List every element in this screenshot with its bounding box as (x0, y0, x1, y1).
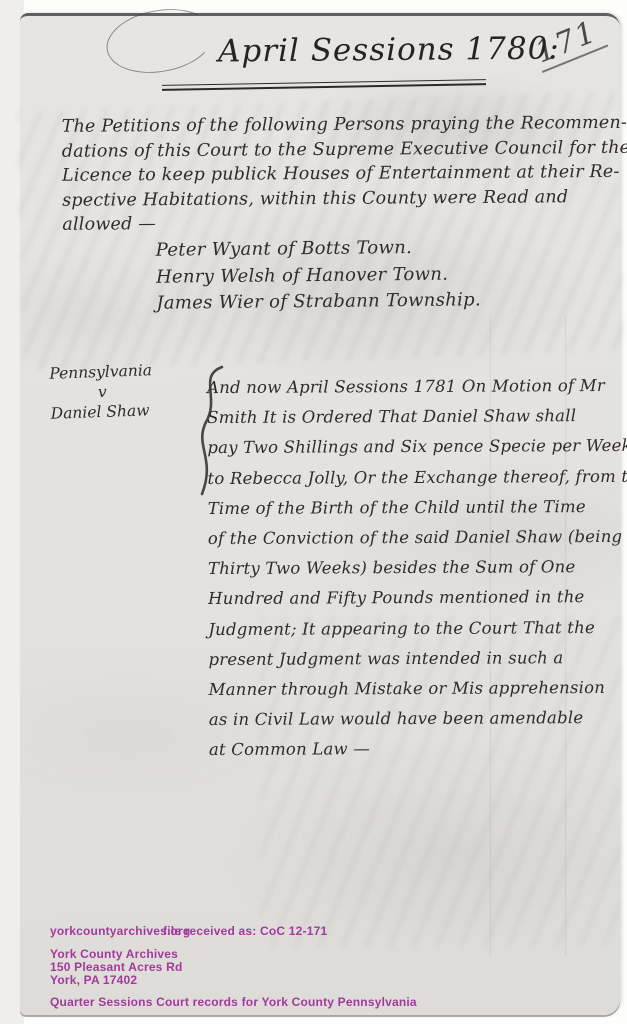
order-line: Time of the Birth of the Child until the… (208, 492, 613, 524)
licensee-name: Peter Wyant of Botts Town. (156, 234, 481, 264)
licensee-name: James Wier of Strabann Township. (156, 287, 481, 317)
petition-line: The Petitions of the following Persons p… (62, 111, 577, 139)
licensee-names-list: Peter Wyant of Botts Town. Henry Welsh o… (156, 234, 482, 317)
petition-line: Licence to keep publick Houses of Entert… (62, 160, 577, 188)
archive-footer-stamp: Quarter Sessions Court records for York … (50, 995, 417, 1009)
order-line: Thirty Two Weeks) besides the Sum of One (208, 552, 613, 584)
petition-line: dations of this Court to the Supreme Exe… (62, 136, 577, 164)
order-line: of the Conviction of the said Daniel Sha… (208, 522, 613, 554)
document-page: 171 April Sessions 1780: The Petitions o… (20, 13, 620, 1015)
case-plaintiff: Pennsylvania (49, 360, 152, 384)
archive-file-id-stamp: file received as: CoC 12-171 (163, 924, 327, 938)
order-line: as in Civil Law would have been amendabl… (209, 703, 614, 735)
petition-paragraph: The Petitions of the following Persons p… (62, 111, 578, 237)
title-flourish-loop (101, 1, 218, 81)
archive-address-line: York, PA 17402 (50, 974, 183, 987)
order-line: And now April Sessions 1781 On Motion of… (207, 371, 612, 403)
order-line: at Common Law — (209, 733, 614, 765)
order-line: Manner through Mistake or Mis apprehensi… (209, 673, 614, 705)
order-line: to Rebecca Jolly, Or the Exchange thereo… (207, 462, 612, 494)
case-caption: Pennsylvania v Daniel Shaw (49, 360, 154, 424)
case-defendant: Daniel Shaw (50, 400, 153, 424)
petition-line: spective Habitations, within this County… (62, 185, 577, 213)
archive-address-stamp: York County Archives 150 Pleasant Acres … (50, 948, 183, 988)
title-double-underline (162, 79, 486, 91)
court-order-paragraph: And now April Sessions 1781 On Motion of… (207, 371, 614, 766)
order-line: pay Two Shillings and Six pence Specie p… (207, 431, 612, 463)
order-line: Smith It is Ordered That Daniel Shaw sha… (207, 401, 612, 433)
licensee-name: Henry Welsh of Hanover Town. (156, 261, 481, 291)
petition-line: allowed — (62, 209, 577, 237)
order-line: Hundred and Fifty Pounds mentioned in th… (208, 582, 613, 614)
order-line: Judgment; It appearing to the Court That… (208, 613, 613, 645)
order-line: present Judgment was intended in such a (208, 643, 613, 675)
page-title: April Sessions 1780: (218, 31, 560, 70)
